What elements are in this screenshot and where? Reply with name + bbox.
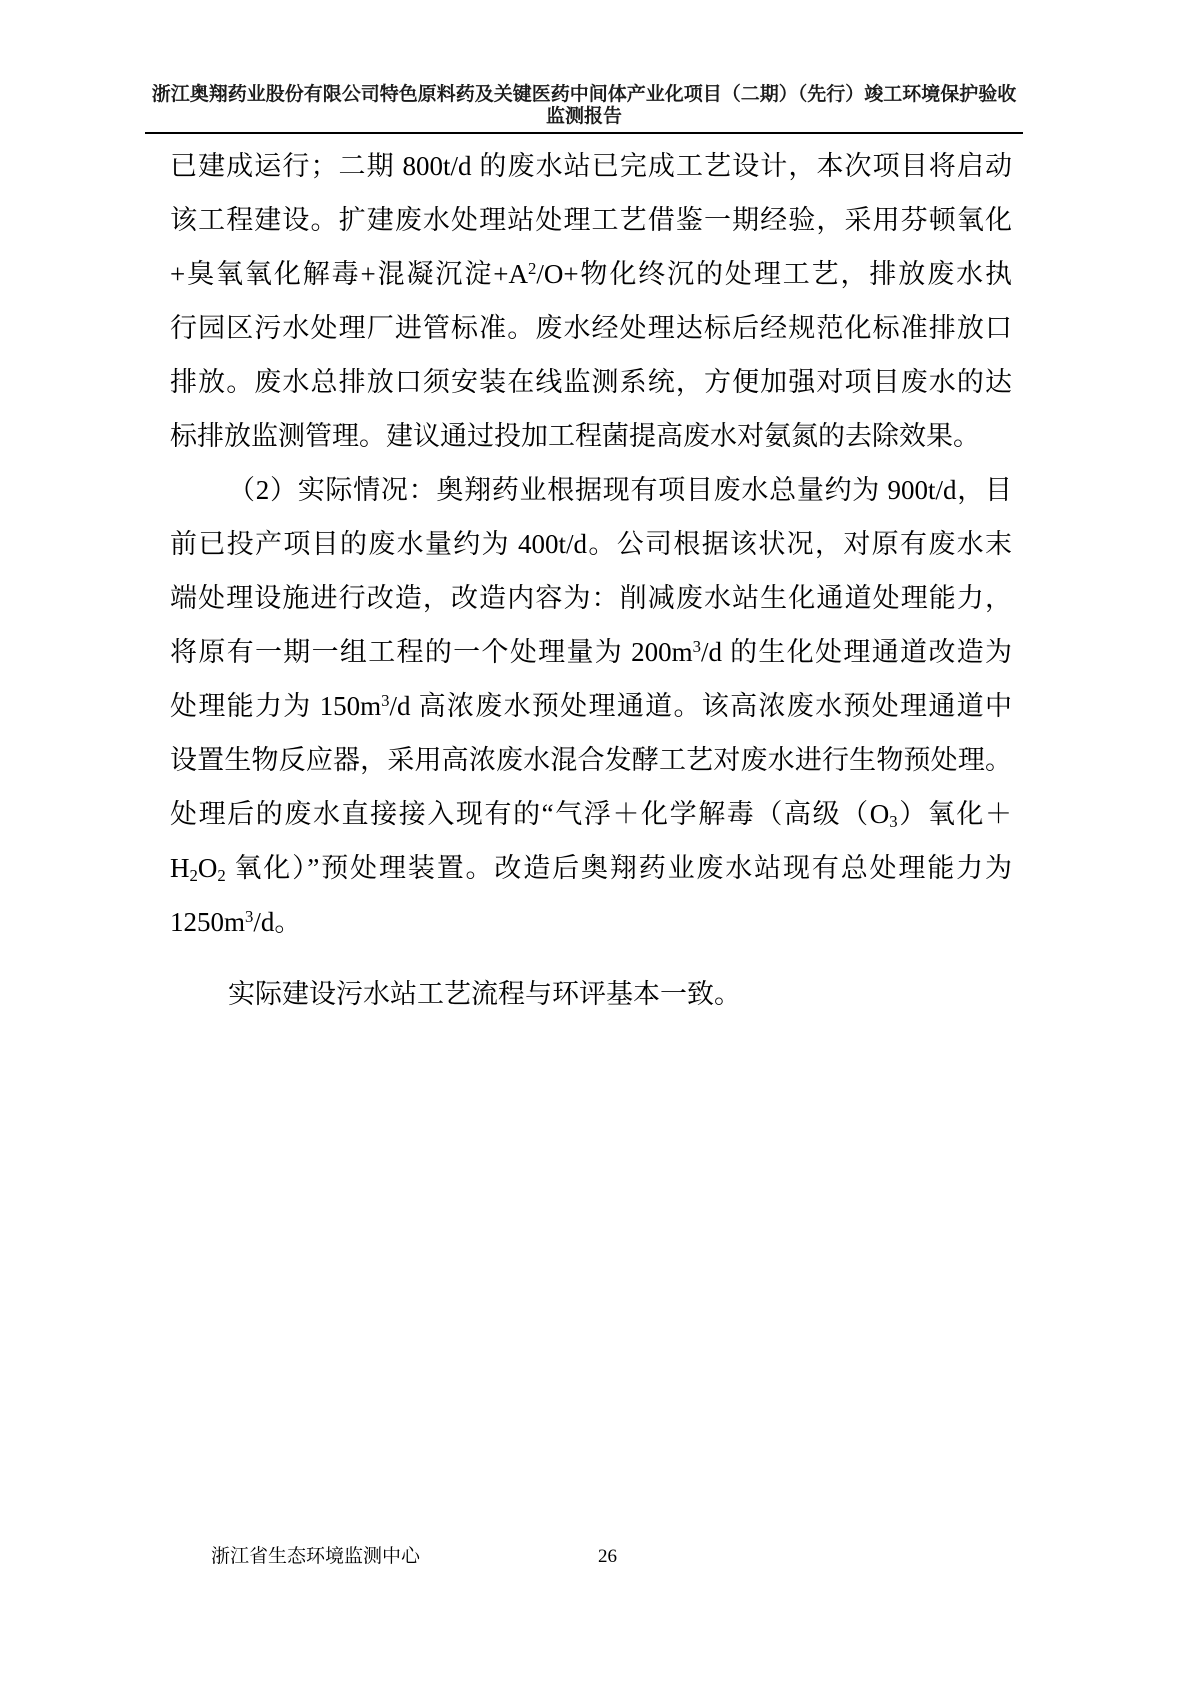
header-title-line2: 监测报告 xyxy=(145,106,1023,128)
body-line: 处理能力为 150m3/d 高浓废水预处理通道。该高浓废水预处理通道中 xyxy=(170,679,1012,733)
body-line: 排放。废水总排放口须安装在线监测系统，方便加强对项目废水的达 xyxy=(170,355,1012,409)
footer-organization: 浙江省生态环境监测中心 xyxy=(211,1545,420,1569)
document-page: 浙江奥翔药业股份有限公司特色原料药及关键医药中间体产业化项目（二期）（先行）竣工… xyxy=(0,0,1190,1683)
paragraph: 实际建设污水站工艺流程与环评基本一致。 xyxy=(170,967,1012,1021)
page-header: 浙江奥翔药业股份有限公司特色原料药及关键医药中间体产业化项目（二期）（先行）竣工… xyxy=(145,84,1023,128)
body-line: 该工程建设。扩建废水处理站处理工艺借鉴一期经验，采用芬顿氧化 xyxy=(170,193,1012,247)
body-line: （2）实际情况：奥翔药业根据现有项目废水总量约为 900t/d，目 xyxy=(170,463,1012,517)
body-line: 标排放监测管理。建议通过投加工程菌提高废水对氨氮的去除效果。 xyxy=(170,409,1012,463)
header-title-line1: 浙江奥翔药业股份有限公司特色原料药及关键医药中间体产业化项目（二期）（先行）竣工… xyxy=(145,84,1023,106)
body-line: 实际建设污水站工艺流程与环评基本一致。 xyxy=(170,967,1012,1021)
body-line: +臭氧氧化解毒+混凝沉淀+A2/O+物化终沉的处理工艺，排放废水执 xyxy=(170,247,1012,301)
body-line: 行园区污水处理厂进管标准。废水经处理达标后经规范化标准排放口 xyxy=(170,301,1012,355)
header-divider xyxy=(145,132,1023,134)
body-line: 处理后的废水直接接入现有的“气浮＋化学解毒（高级（O3）氧化＋ xyxy=(170,787,1012,841)
paragraph: 已建成运行；二期 800t/d 的废水站已完成工艺设计，本次项目将启动该工程建设… xyxy=(170,139,1012,463)
document-body: 已建成运行；二期 800t/d 的废水站已完成工艺设计，本次项目将启动该工程建设… xyxy=(170,139,1012,1021)
body-line: 1250m3/d。 xyxy=(170,895,1012,949)
body-line: H2O2 氧化）”预处理装置。改造后奥翔药业废水站现有总处理能力为 xyxy=(170,841,1012,895)
body-line: 将原有一期一组工程的一个处理量为 200m3/d 的生化处理通道改造为 xyxy=(170,625,1012,679)
body-line: 端处理设施进行改造，改造内容为：削减废水站生化通道处理能力， xyxy=(170,571,1012,625)
body-line: 设置生物反应器，采用高浓废水混合发酵工艺对废水进行生物预处理。 xyxy=(170,733,1012,787)
body-line: 前已投产项目的废水量约为 400t/d。公司根据该状况，对原有废水末 xyxy=(170,517,1012,571)
footer-page-number: 26 xyxy=(598,1545,617,1569)
body-line: 已建成运行；二期 800t/d 的废水站已完成工艺设计，本次项目将启动 xyxy=(170,139,1012,193)
paragraph: （2）实际情况：奥翔药业根据现有项目废水总量约为 900t/d，目前已投产项目的… xyxy=(170,463,1012,949)
